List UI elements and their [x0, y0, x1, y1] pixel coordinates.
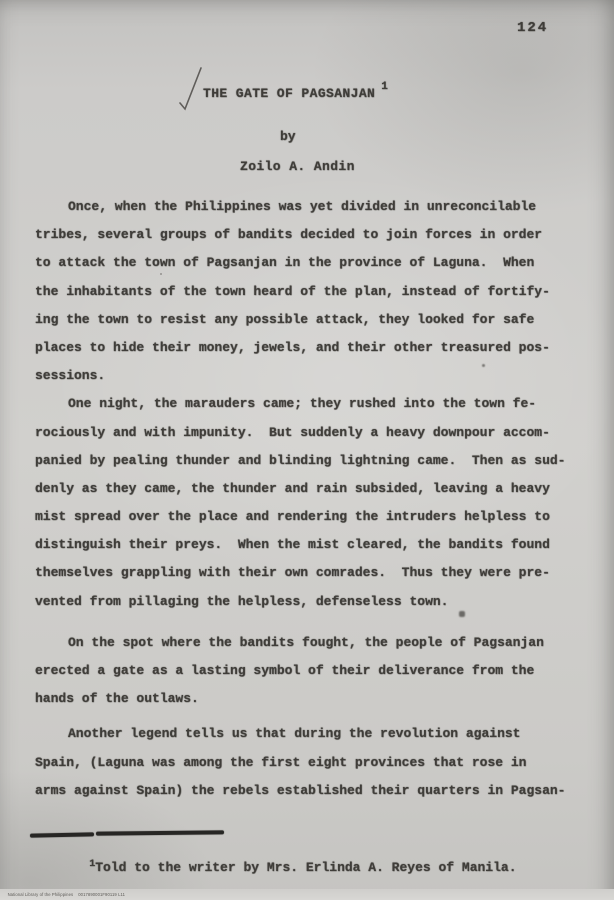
checkmark-icon — [179, 66, 205, 119]
scan-footer-strip: National Library of the Philippines 0017… — [0, 889, 614, 900]
text-line: erected a gate as a lasting symbol of th… — [35, 657, 591, 685]
text-line: themselves grappling with their own comr… — [35, 559, 591, 587]
text-line: vented from pillaging the helpless, defe… — [35, 588, 591, 616]
text-line: sessions. — [35, 362, 591, 390]
scan-code: 0017890001F90119 L11 — [78, 892, 125, 897]
text-line: distinguish their preys. When the mist c… — [35, 531, 591, 559]
text-line: arms against Spain) the rebels establish… — [35, 777, 591, 805]
text-line: tribes, several groups of bandits decide… — [35, 221, 591, 249]
title-footnote-ref: 1 — [381, 81, 388, 93]
text-line: the inhabitants of the town heard of the… — [35, 278, 591, 306]
footnote-rule — [96, 830, 224, 835]
document-page: 124 THE GATE OF PAGSANJAN1 by Zoilo A. A… — [0, 0, 614, 900]
ink-speck — [160, 273, 162, 275]
text-line: ing the town to resist any possible atta… — [35, 306, 591, 334]
author-name: Zoilo A. Andin — [240, 159, 355, 174]
ink-speck — [482, 364, 485, 367]
text-line: panied by pealing thunder and blinding l… — [35, 447, 591, 475]
text-line: Another legend tells us that during the … — [35, 720, 591, 748]
page-number: 124 — [517, 20, 548, 36]
text-line: to attack the town of Pagsanjan in the p… — [35, 249, 591, 277]
text-line: One night, the marauders came; they rush… — [35, 390, 591, 418]
text-line: places to hide their money, jewels, and … — [35, 334, 591, 362]
library-name: National Library of the Philippines — [8, 892, 74, 897]
title-text: THE GATE OF PAGSANJAN — [203, 86, 375, 101]
paragraph: Once, when the Philippines was yet divid… — [35, 193, 591, 390]
footnote-text: Told to the writer by Mrs. Erlinda A. Re… — [95, 860, 516, 875]
paragraph: One night, the marauders came; they rush… — [35, 390, 591, 616]
document-title: THE GATE OF PAGSANJAN1 — [203, 86, 388, 101]
byline: by — [280, 129, 296, 144]
ink-smudge — [459, 611, 465, 617]
footnote-ref: 1 — [89, 859, 95, 870]
text-line: rociously and with impunity. But suddenl… — [35, 419, 591, 447]
text-line: Once, when the Philippines was yet divid… — [35, 193, 591, 221]
paragraph: Another legend tells us that during the … — [35, 720, 591, 805]
paragraph: On the spot where the bandits fought, th… — [35, 629, 591, 714]
footnote-rule — [30, 832, 94, 837]
text-line: mist spread over the place and rendering… — [35, 503, 591, 531]
footnote: 1Told to the writer by Mrs. Erlinda A. R… — [58, 845, 517, 890]
text-line: hands of the outlaws. — [35, 685, 591, 713]
text-line: Spain, (Laguna was among the first eight… — [35, 749, 591, 777]
document-body: Once, when the Philippines was yet divid… — [35, 193, 591, 805]
library-watermark: National Library of the Philippines 0017… — [0, 887, 125, 900]
text-line: On the spot where the bandits fought, th… — [35, 629, 591, 657]
text-line: denly as they came, the thunder and rain… — [35, 475, 591, 503]
